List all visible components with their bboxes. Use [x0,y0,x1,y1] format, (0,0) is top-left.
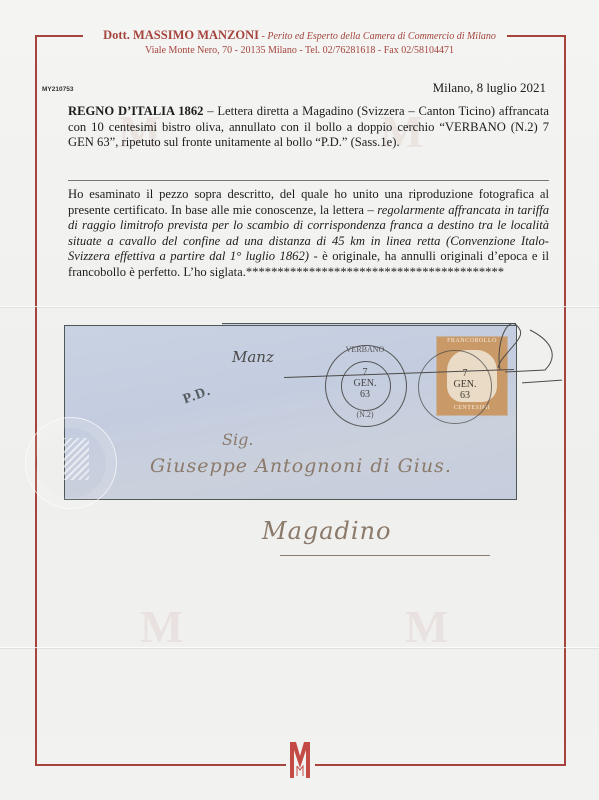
postmark-right-date: 7 GEN. 63 [440,368,490,401]
divider [68,180,549,181]
description-title: REGNO D’ITALIA 1862 [68,104,203,118]
paper-fold [0,306,599,307]
letterhead: Dott. MASSIMO MANZONI - Perito ed Espert… [0,26,599,56]
monogram-logo-icon [287,740,313,780]
address-salutation: Sig. [222,430,253,449]
expert-opinion: Ho esaminato il pezzo sopra descritto, d… [68,187,549,281]
frame-border [315,764,566,766]
address-recipient: Giuseppe Antognoni di Gius. [150,455,452,477]
expert-name: Dott. MASSIMO MANZONI [103,28,259,42]
frame-border [35,35,37,765]
expert-role: Perito ed Esperto della Camera di Commer… [267,31,496,42]
postmark-left-town: VERBANO [333,345,397,354]
paper-fold [0,647,599,648]
postmark-left-number: (N.2) [333,410,397,419]
signature-loop-icon [490,310,570,390]
expert-address: Viale Monte Nero, 70 - 20135 Milano - Te… [0,45,599,56]
destination-underline [280,555,490,556]
postmark-left-date: 7 GEN. 63 [341,367,389,400]
certificate-id: MY210753 [42,86,73,93]
frame-border [564,35,566,765]
embossed-seal-shield-icon [63,438,89,480]
frame-border [35,764,286,766]
item-description: REGNO D’ITALIA 1862 – Lettera diretta a … [68,104,549,151]
watermark-monogram: M [140,600,183,653]
watermark-monogram: M [405,600,448,653]
address-destination: Magadino [262,517,392,545]
certificate-date: Milano, 8 luglio 2021 [433,80,546,96]
expert-signature: Manz [232,348,274,366]
